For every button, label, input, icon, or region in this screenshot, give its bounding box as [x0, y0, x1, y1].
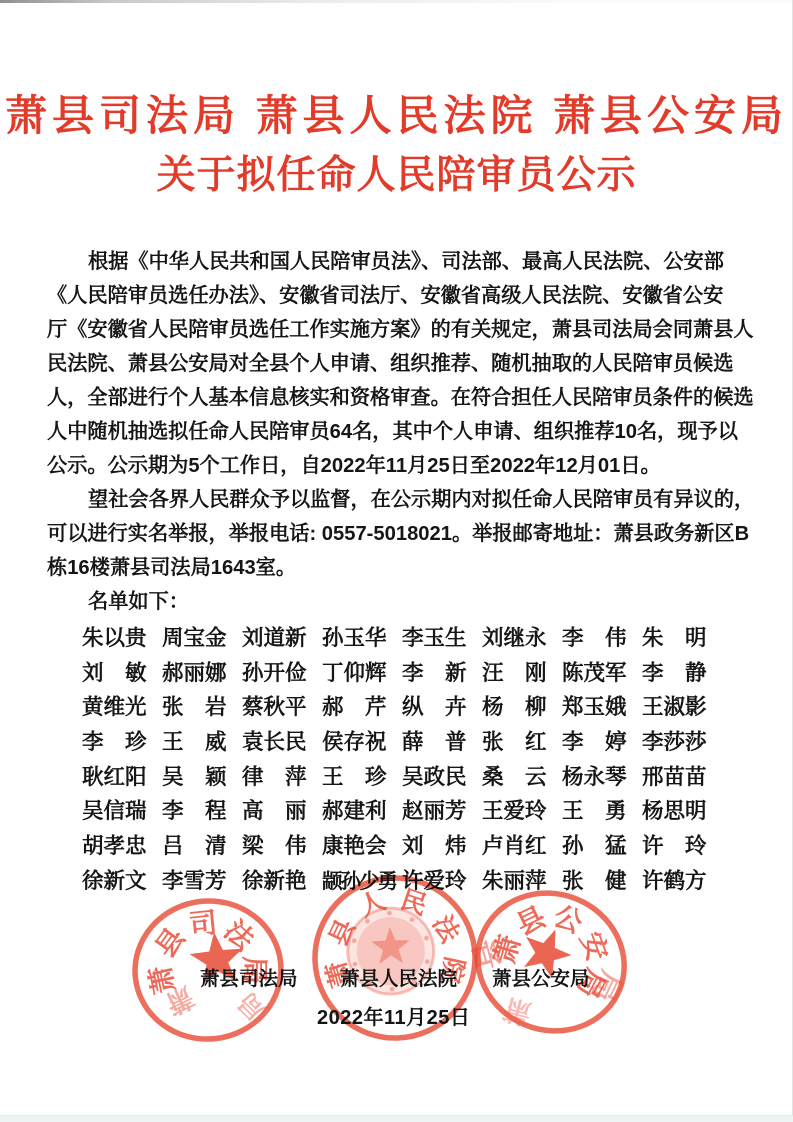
juror-name: 李 婷 — [562, 725, 642, 756]
juror-name: 李玉生 — [402, 621, 482, 652]
name-row: 胡孝忠吕 清梁 伟康艳会刘 炜卢肖红孙 猛许 玲 — [82, 827, 722, 862]
juror-name: 律 萍 — [242, 760, 322, 791]
juror-name: 吴 颖 — [162, 760, 242, 791]
juror-name: 郝建利 — [322, 794, 402, 825]
juror-name: 薛 普 — [402, 725, 482, 756]
juror-name: 胡孝忠 — [82, 829, 162, 860]
juror-name: 周宝金 — [162, 621, 242, 652]
seal-ring-char: 萧 — [488, 932, 526, 967]
juror-name: 杨思明 — [642, 794, 722, 825]
juror-name: 朱 明 — [642, 621, 722, 652]
juror-name: 刘继永 — [482, 621, 562, 652]
juror-name: 李 程 — [162, 794, 242, 825]
seal-ring-char: 公 — [549, 900, 587, 939]
juror-name: 徐新文 — [82, 864, 162, 895]
signature-org-peoples-court: 萧县人民法院 — [340, 963, 457, 991]
title-line-1: 萧县司法局 萧县人民法院 萧县公安局 — [0, 88, 793, 146]
body-line: 厅《安徽省人民陪审员选任工作实施方案》的有关规定，萧县司法局会同萧县人 — [47, 313, 759, 347]
juror-name: 孙 猛 — [562, 829, 642, 860]
name-row: 黄维光张 岩蔡秋平郝 芹纵 卉杨 柳郑玉娥王淑影 — [82, 688, 722, 723]
name-row: 耿红阳吴 颖律 萍王 珍吴政民桑 云杨永琴邢苗苗 — [82, 758, 722, 793]
juror-name: 李莎莎 — [642, 725, 722, 756]
body-line: 名单如下： — [47, 585, 759, 619]
juror-name: 吴信瑞 — [82, 794, 162, 825]
juror-name: 许鹤方 — [642, 864, 722, 895]
juror-name: 许爱玲 — [402, 864, 482, 895]
body-paragraphs: 根据《中华人民共和国人民陪审员法》、司法部、最高人民法院、公安部《人民陪审员选任… — [47, 245, 759, 619]
signature-org-public-security: 萧县公安局 — [492, 963, 590, 991]
juror-name: 丁仰辉 — [322, 656, 402, 687]
juror-name: 朱以贵 — [82, 621, 162, 652]
seal-ring-char: 法 — [427, 910, 466, 948]
seal-ink-smudge: 局 — [585, 965, 628, 1006]
juror-name: 孙开俭 — [242, 656, 322, 687]
body-line: 人，全部进行个人基本信息核实和资格审查。在符合担任人民陪审员条件的候选 — [47, 381, 759, 415]
juror-name: 孙玉华 — [322, 621, 402, 652]
juror-name: 许 玲 — [642, 829, 722, 860]
juror-name: 陈茂军 — [562, 656, 642, 687]
seal-ring-char: 县 — [512, 901, 551, 941]
body-line: 公示。公示期为5个工作日，自2022年11月25日至2022年12月01日。 — [47, 449, 759, 483]
juror-name: 张 红 — [482, 725, 562, 756]
seal-ring-char: 法 — [218, 914, 260, 956]
juror-name: 吕 清 — [162, 829, 242, 860]
seal-ring-char: 安 — [575, 928, 614, 965]
juror-name: 赵丽芳 — [402, 794, 482, 825]
juror-name: 黄维光 — [82, 690, 162, 721]
juror-name: 高 丽 — [242, 794, 322, 825]
juror-name: 纵 卉 — [402, 690, 482, 721]
juror-name: 康艳会 — [322, 829, 402, 860]
seal-ring-char: 萧 — [144, 963, 180, 997]
juror-name: 杨 柳 — [482, 690, 562, 721]
juror-name: 徐新艳 — [242, 864, 322, 895]
juror-name: 李 静 — [642, 656, 722, 687]
juror-name: 王 威 — [162, 725, 242, 756]
seal-ring-char: 司 — [188, 907, 219, 941]
announcement-document: 萧县司法局 萧县人民法院 萧县公安局 关于拟任命人民陪审员公示 根据《中华人民共… — [0, 0, 793, 1122]
body-line: 栋16楼萧县司法局1643室。 — [47, 551, 759, 585]
juror-name: 王 勇 — [562, 794, 642, 825]
body-line: 民法院、萧县公安局对全县个人申请、组织推荐、随机抽取的人民陪审员候选 — [47, 347, 759, 381]
seal-ink-smudge: 萧 — [500, 993, 535, 1030]
scan-edge-bottom — [0, 1115, 793, 1122]
juror-name: 李 新 — [402, 656, 482, 687]
juror-name: 刘 敏 — [82, 656, 162, 687]
signature-org-justice-bureau: 萧县司法局 — [200, 963, 298, 991]
body-line: 根据《中华人民共和国人民陪审员法》、司法部、最高人民法院、公安部 — [47, 245, 759, 279]
juror-name: 袁长民 — [242, 725, 322, 756]
juror-name: 卢肖红 — [482, 829, 562, 860]
juror-name: 梁 伟 — [242, 829, 322, 860]
body-line: 可以进行实名举报，举报电话: 0557-5018021。举报邮寄地址：萧县政务新… — [47, 517, 759, 551]
seal-ink-smudge: 萧 — [161, 981, 198, 1020]
name-row: 李 珍王 威袁长民侯存祝薛 普张 红李 婷李莎莎 — [82, 723, 722, 758]
name-row: 徐新文李雪芳徐新艳颛孙少勇许爱玲朱丽萍张 健许鹤方 — [82, 862, 722, 897]
juror-name: 张 健 — [562, 864, 642, 895]
juror-name: 李雪芳 — [162, 864, 242, 895]
juror-name: 耿红阳 — [82, 760, 162, 791]
juror-name: 李 伟 — [562, 621, 642, 652]
body-line: 《人民陪审员选任办法》、安徽省司法厅、安徽省高级人民法院、安徽省公安 — [47, 279, 759, 313]
name-row: 吴信瑞李 程高 丽郝建利赵丽芳王爱玲王 勇杨思明 — [82, 792, 722, 827]
juror-name: 杨永琴 — [562, 760, 642, 791]
body-line: 望社会各界人民群众予以监督，在公示期内对拟任命人民陪审员有异议的， — [47, 483, 759, 517]
scan-edge-top — [0, 0, 793, 3]
juror-name: 刘 炜 — [402, 829, 482, 860]
document-date: 2022年11月25日 — [317, 1001, 470, 1030]
juror-name: 汪 刚 — [482, 656, 562, 687]
juror-name: 颛孙少勇 — [322, 864, 402, 894]
juror-name: 王爱玲 — [482, 794, 562, 825]
juror-name: 蔡秋平 — [242, 690, 322, 721]
seal-ink-smudge: 局 — [232, 987, 272, 1027]
seal-ring-char: 县 — [323, 914, 361, 950]
juror-name: 张 岩 — [162, 690, 242, 721]
juror-name: 刘道新 — [242, 621, 322, 652]
juror-name: 李 珍 — [82, 725, 162, 756]
juror-name: 郑玉娥 — [562, 690, 642, 721]
name-row: 刘 敏郝丽娜孙开俭丁仰辉李 新汪 刚陈茂军李 静 — [82, 654, 722, 689]
body-line: 人中随机抽选拟任命人民陪审员64名，其中个人申请、组织推荐10名，现予以 — [47, 415, 759, 449]
title-line-2: 关于拟任命人民陪审员公示 — [0, 146, 793, 206]
juror-name: 郝丽娜 — [162, 656, 242, 687]
juror-name: 朱丽萍 — [482, 864, 562, 895]
juror-name: 侯存祝 — [322, 725, 402, 756]
document-title: 萧县司法局 萧县人民法院 萧县公安局 关于拟任命人民陪审员公示 — [0, 88, 793, 206]
juror-name: 王淑影 — [642, 690, 722, 721]
name-row: 朱以贵周宝金刘道新孙玉华李玉生刘继永李 伟朱 明 — [82, 619, 722, 654]
juror-name: 邢苗苗 — [642, 760, 722, 791]
seal-ring-char: 县 — [149, 922, 191, 963]
juror-name: 吴政民 — [402, 760, 482, 791]
juror-name: 郝 芹 — [322, 690, 402, 721]
juror-name: 桑 云 — [482, 760, 562, 791]
juror-name-list: 朱以贵周宝金刘道新孙玉华李玉生刘继永李 伟朱 明刘 敏郝丽娜孙开俭丁仰辉李 新汪… — [82, 619, 722, 897]
juror-name: 王 珍 — [322, 760, 402, 791]
seal-public-security: 萧县公安局县局萧 — [457, 871, 645, 1053]
